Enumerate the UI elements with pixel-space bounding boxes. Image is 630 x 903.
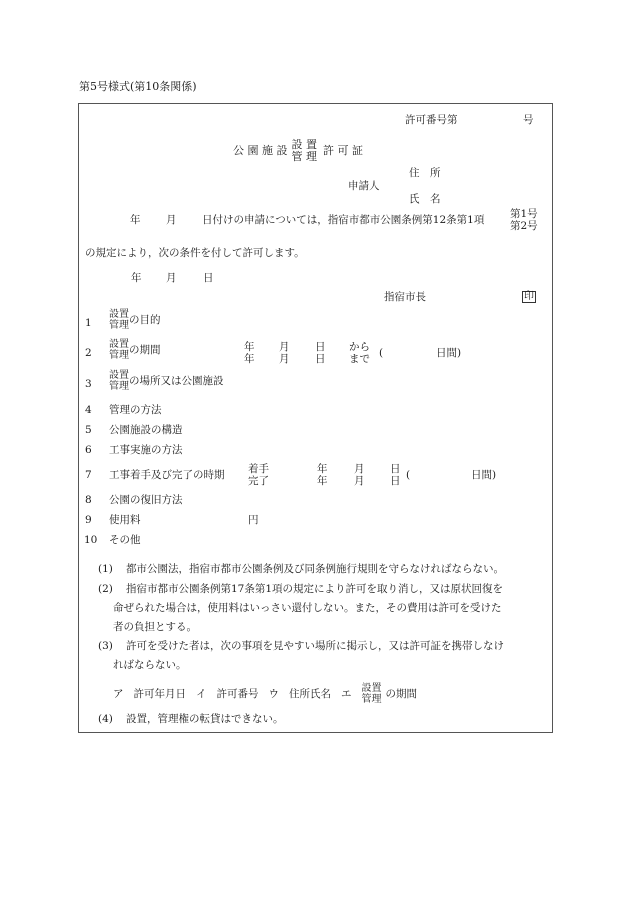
stack-setchi-kanri: 設置管理 [109, 340, 129, 361]
construction-days: 日間) [471, 470, 496, 481]
condition-4-number: (4) [98, 714, 113, 725]
application-year: 年 [130, 215, 141, 226]
clause-item-1: 第1号 [510, 209, 538, 221]
list-mark-a: ア [113, 689, 124, 700]
item-10-label: その他 [109, 535, 141, 546]
item-1-number: 1 [85, 318, 92, 329]
list-mark-e: エ [341, 689, 352, 700]
list-mark-u: ウ [269, 689, 280, 700]
form-caption: 第5号様式(第10条関係) [79, 81, 197, 92]
item-1-label: 設置管理 の目的 [109, 310, 161, 331]
period-day: 日日 [315, 341, 326, 365]
construction-year: 年年 [317, 463, 328, 487]
condition-2-line-1: 指宿市都市公園条例第17条第1項の規定により許可を取り消し，又は原状回復を [126, 584, 503, 595]
condition-1-text: 都市公園法，指宿市都市公園条例及び同条例施行規則を守らなければならない。 [126, 564, 504, 575]
condition-1-number: (1) [98, 564, 113, 575]
period-month: 月月 [279, 341, 290, 365]
item-4-label: 管理の方法 [109, 405, 162, 416]
stack-setchi-kanri: 設置管理 [362, 684, 382, 705]
applicant-name-label: 氏 名 [409, 194, 441, 205]
period-from-to: からまで [349, 341, 370, 365]
document-title: 公 園 施 設 設 置 管 理 許 可 証 [233, 139, 363, 162]
item-7-label: 工事着手及び完了の時期 [109, 470, 225, 481]
clause-items: 第1号 第2号 [510, 209, 538, 232]
item-3-label: 設置管理 の場所又は公園施設 [109, 371, 224, 392]
applicant-label: 申請人 [348, 181, 380, 192]
issue-year: 年 [131, 273, 142, 284]
seal-mark: 印 [522, 291, 536, 303]
application-date-text: 日付けの申請については，指宿市都市公園条例第12条第1項 [202, 215, 484, 226]
permit-number-suffix: 号 [523, 115, 534, 126]
construction-open-paren: ( [406, 470, 410, 481]
condition-4-text: 設置，管理権の転貸はできない。 [126, 714, 284, 725]
list-item-period: の期間 [386, 689, 418, 700]
item-9-number: 9 [85, 515, 92, 526]
condition-2-line-2: 命ぜられた場合は，使用料はいっさい還付しない。また，その費用は許可を受けた [113, 603, 502, 614]
item-8-label: 公園の復旧方法 [109, 495, 183, 506]
applicant-address-label: 住 所 [409, 168, 441, 179]
list-item-permit-date: 許可年月日 [134, 689, 187, 700]
item-4-number: 4 [85, 405, 92, 416]
construction-day: 日日 [390, 463, 401, 487]
permit-number-prefix: 許可番号第 [405, 115, 458, 126]
item-9-label: 使用料 [109, 515, 141, 526]
period-open-paren: ( [379, 348, 383, 359]
stack-setchi-kanri: 設置管理 [109, 310, 129, 331]
period-year: 年年 [244, 341, 255, 365]
list-item-permit-number: 許可番号 [217, 689, 259, 700]
fee-unit: 円 [248, 515, 259, 526]
period-days: 日間) [436, 348, 461, 359]
list-mark-i: イ [196, 689, 207, 700]
condition-2-number: (2) [98, 584, 113, 595]
stack-setchi-kanri: 設置管理 [109, 371, 129, 392]
clause-item-2: 第2号 [510, 221, 538, 233]
item-6-number: 6 [85, 445, 92, 456]
permit-form-frame [78, 103, 553, 733]
application-month: 月 [166, 215, 177, 226]
condition-2-line-3: 者の負担とする。 [113, 622, 197, 633]
condition-3-line-1: 許可を受けた者は，次の事項を見やすい場所に掲示し，又は許可証を携帯しなけ [126, 641, 504, 652]
issuer-title: 指宿市長 [384, 292, 426, 303]
item-10-number: 10 [84, 535, 97, 546]
condition-3-number: (3) [98, 641, 113, 652]
issue-day: 日 [203, 273, 214, 284]
item-2-label: 設置管理 の期間 [109, 340, 161, 361]
posting-items-list: ア 許可年月日 イ 許可番号 ウ 住所氏名 エ 設置管理 の期間 [113, 684, 417, 705]
item-2-number: 2 [85, 348, 92, 359]
item-8-number: 8 [85, 495, 92, 506]
issue-month: 月 [166, 273, 177, 284]
title-suffix: 許 可 証 [323, 145, 363, 156]
construction-start-complete: 着手完了 [248, 463, 269, 487]
body-line-2: の規定により，次の条件を付して許可します。 [85, 248, 305, 259]
item-3-number: 3 [85, 379, 92, 390]
condition-3-line-2: ればならない。 [113, 660, 187, 671]
item-5-label: 公園施設の構造 [109, 425, 183, 436]
title-prefix: 公 園 施 設 [233, 145, 288, 156]
item-6-label: 工事実施の方法 [109, 445, 183, 456]
list-item-address-name: 住所氏名 [289, 689, 331, 700]
item-7-number: 7 [85, 470, 92, 481]
construction-month: 月月 [354, 463, 365, 487]
title-stack-setchi-kanri: 設 置 管 理 [292, 139, 318, 162]
item-5-number: 5 [85, 425, 92, 436]
